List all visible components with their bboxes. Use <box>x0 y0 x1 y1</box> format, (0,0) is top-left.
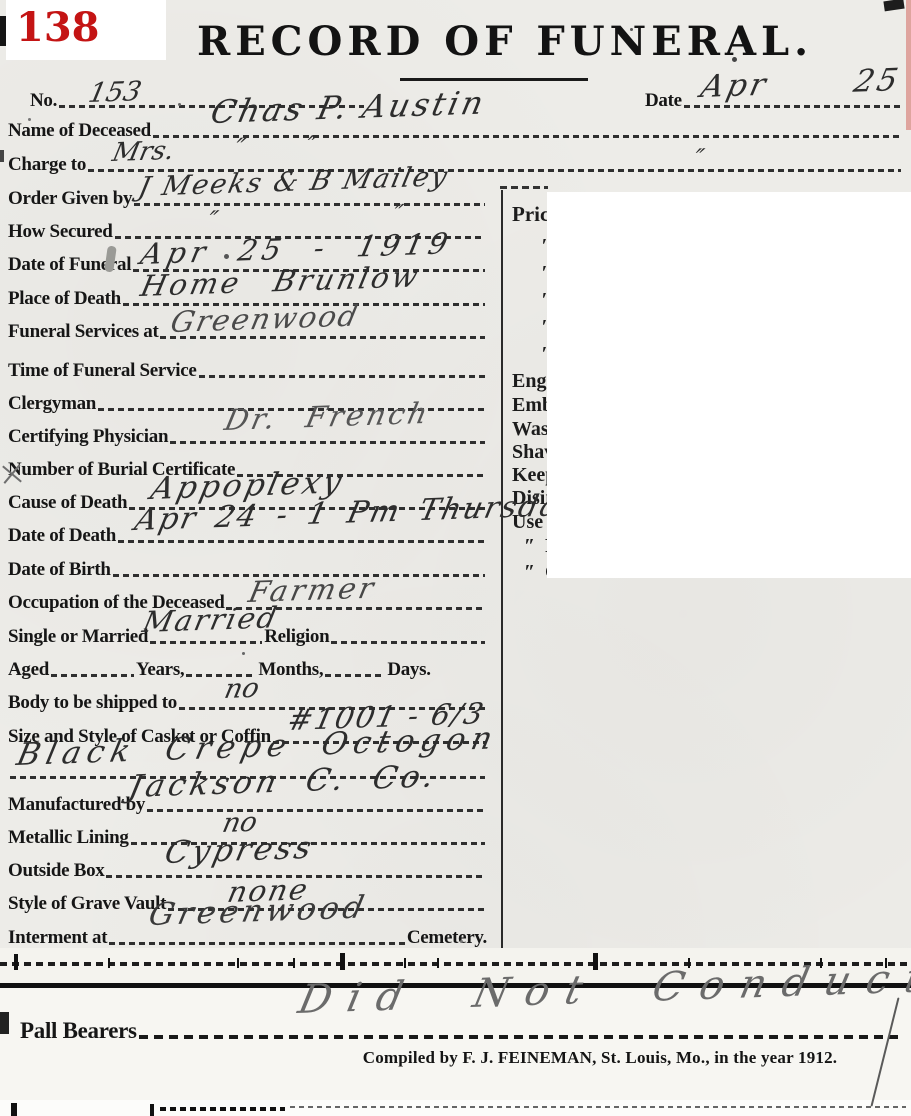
field-label: Days. <box>387 660 430 681</box>
dotted-line <box>51 674 134 677</box>
field-label: Date <box>645 91 682 112</box>
field-label: Certifying Physician <box>8 427 168 448</box>
scan-edge-strip <box>906 0 911 130</box>
field-row-time-of-funeral-service: Time of Funeral Service <box>8 352 487 382</box>
white-masked-area <box>547 192 911 578</box>
tick-mark <box>14 954 18 970</box>
handwriting-funeral-services-at: Greenwood <box>168 302 362 337</box>
field-label: Place of Death <box>8 289 121 310</box>
field-label: Cemetery. <box>407 928 487 949</box>
field-label: Pall Bearers <box>20 1019 137 1044</box>
handwriting-charge-to: Mrs. ″ ″ <box>110 133 319 166</box>
field-label: Single or Married <box>8 627 148 648</box>
dash-segment <box>160 1107 285 1111</box>
handwriting-date: Apr 25 <box>698 65 903 103</box>
dotted-line <box>500 186 548 189</box>
column-separator-line <box>501 190 503 948</box>
field-label: Metallic Lining <box>8 828 129 849</box>
field-label: Order Given by <box>8 189 132 210</box>
field-label: Time of Funeral Service <box>8 361 197 382</box>
field-label: Charge to <box>8 155 86 176</box>
title-underline <box>400 78 588 81</box>
field-label: Funeral Services at <box>8 322 158 343</box>
tick-mark <box>11 1103 17 1116</box>
field-label: Body to be shipped to <box>8 693 177 714</box>
next-page-edge <box>0 1100 911 1116</box>
field-label: No. <box>30 91 57 112</box>
field-label: Clergyman <box>8 394 96 415</box>
handwriting-name-of-deceased: Chas P. Austin <box>208 87 489 128</box>
handwriting-interment-at: Greenwood <box>146 892 370 931</box>
tick-mark <box>404 958 406 968</box>
left-edge-artifact <box>0 150 4 162</box>
dotted-line <box>109 942 405 945</box>
funeral-record-page: 138 RECORD OF FUNERAL. No. Date Name of … <box>0 0 911 1116</box>
field-label: Cause of Death <box>8 493 127 514</box>
dotted-line <box>684 105 904 108</box>
field-label: Months, <box>258 660 323 681</box>
cut-off-glyph <box>0 1012 9 1034</box>
field-row-date-of-birth: Date of Birth <box>8 551 487 581</box>
field-label: How Secured <box>8 222 113 243</box>
handwriting-body-to-be-shipped-to: no <box>222 675 262 703</box>
document-title: RECORD OF FUNERAL. <box>120 18 890 65</box>
compiler-credit: Compiled by F. J. FEINEMAN, St. Louis, M… <box>300 1048 900 1068</box>
tick-mark <box>340 953 345 970</box>
handwriting-outside-box: Cypress <box>162 833 317 869</box>
field-label: Outside Box <box>8 861 104 882</box>
handwriting-how-secured: ″ ″ <box>206 201 405 232</box>
dotted-line <box>331 641 485 644</box>
field-label: Interment at <box>8 928 107 949</box>
field-label: Aged <box>8 660 49 681</box>
tick-mark <box>437 958 439 968</box>
tick-mark <box>108 958 110 968</box>
dotted-line <box>139 1035 904 1039</box>
tick-mark <box>237 958 239 968</box>
handwriting-no: 153 <box>86 78 144 107</box>
dotted-line <box>150 641 262 644</box>
dotted-line <box>325 674 385 677</box>
dotted-line <box>199 375 485 378</box>
field-label: Years, <box>136 660 184 681</box>
dash-segment <box>290 1106 906 1108</box>
dotted-line <box>170 441 485 444</box>
dotted-line <box>118 540 485 543</box>
field-label: Style of Grave Vault <box>8 894 166 915</box>
field-label: Manufactured by <box>8 795 145 816</box>
handwriting-single-or-married: Married <box>140 603 281 637</box>
field-label: Date of Birth <box>8 560 111 581</box>
field-label: Date of Death <box>8 526 116 547</box>
dotted-line <box>147 809 485 812</box>
pencil-mark <box>0 462 24 486</box>
top-right-artifact <box>883 0 904 11</box>
tick-mark <box>293 958 295 968</box>
page-number: 138 <box>16 8 100 48</box>
tick-mark <box>150 1104 154 1116</box>
handwriting-certifying-physician: Dr. French <box>222 399 433 435</box>
